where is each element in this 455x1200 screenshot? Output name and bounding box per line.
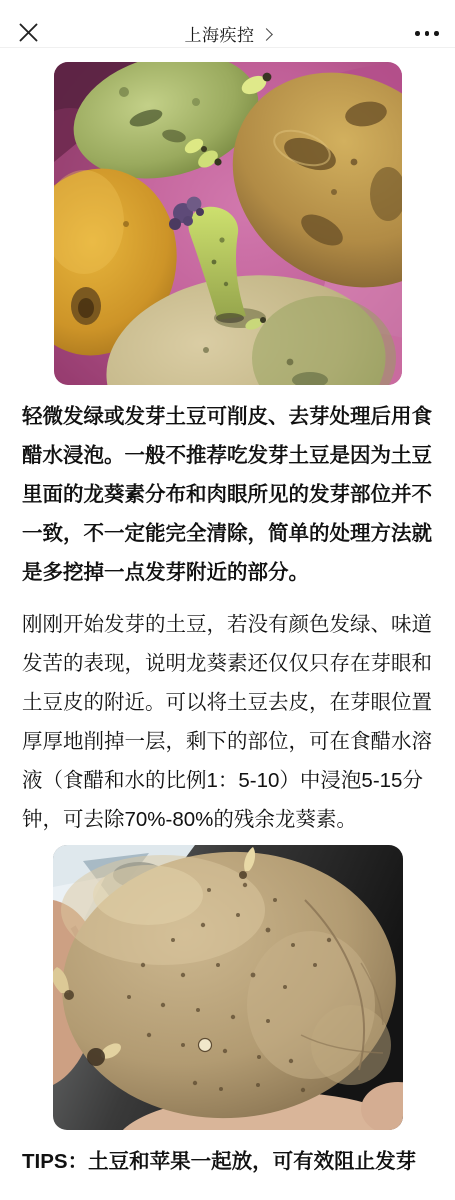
article-body: 轻微发绿或发芽土豆可削皮、去芽处理后用食醋水浸泡。一般不推荐吃发芽土豆是因为土豆… xyxy=(0,62,455,1181)
navbar: 上海疾控 xyxy=(0,0,455,48)
article-tips: TIPS：土豆和苹果一起放，可有效阻止发芽 xyxy=(22,1142,433,1181)
chevron-right-icon xyxy=(260,28,273,41)
article-image-sprouted-potatoes[interactable] xyxy=(54,62,402,385)
hand-potato-illustration xyxy=(53,845,403,1130)
article-paragraph-2: 刚刚开始发芽的土豆，若没有颜色发绿、味道发苦的表现，说明龙葵素还仅仅只存在芽眼和… xyxy=(22,605,433,839)
article-paragraph-1: 轻微发绿或发芽土豆可削皮、去芽处理后用食醋水浸泡。一般不推荐吃发芽土豆是因为土豆… xyxy=(22,397,433,592)
wechat-article-screen: 上海疾控 xyxy=(0,0,455,1200)
close-button[interactable] xyxy=(17,21,40,44)
close-icon xyxy=(17,21,40,44)
account-name: 上海疾控 xyxy=(185,21,255,46)
ellipsis-icon xyxy=(415,31,439,36)
sprouted-potatoes-illustration xyxy=(54,62,402,385)
more-button[interactable] xyxy=(415,27,439,40)
official-account-title[interactable]: 上海疾控 xyxy=(185,21,271,46)
article-image-hand-potato[interactable] xyxy=(53,845,403,1130)
